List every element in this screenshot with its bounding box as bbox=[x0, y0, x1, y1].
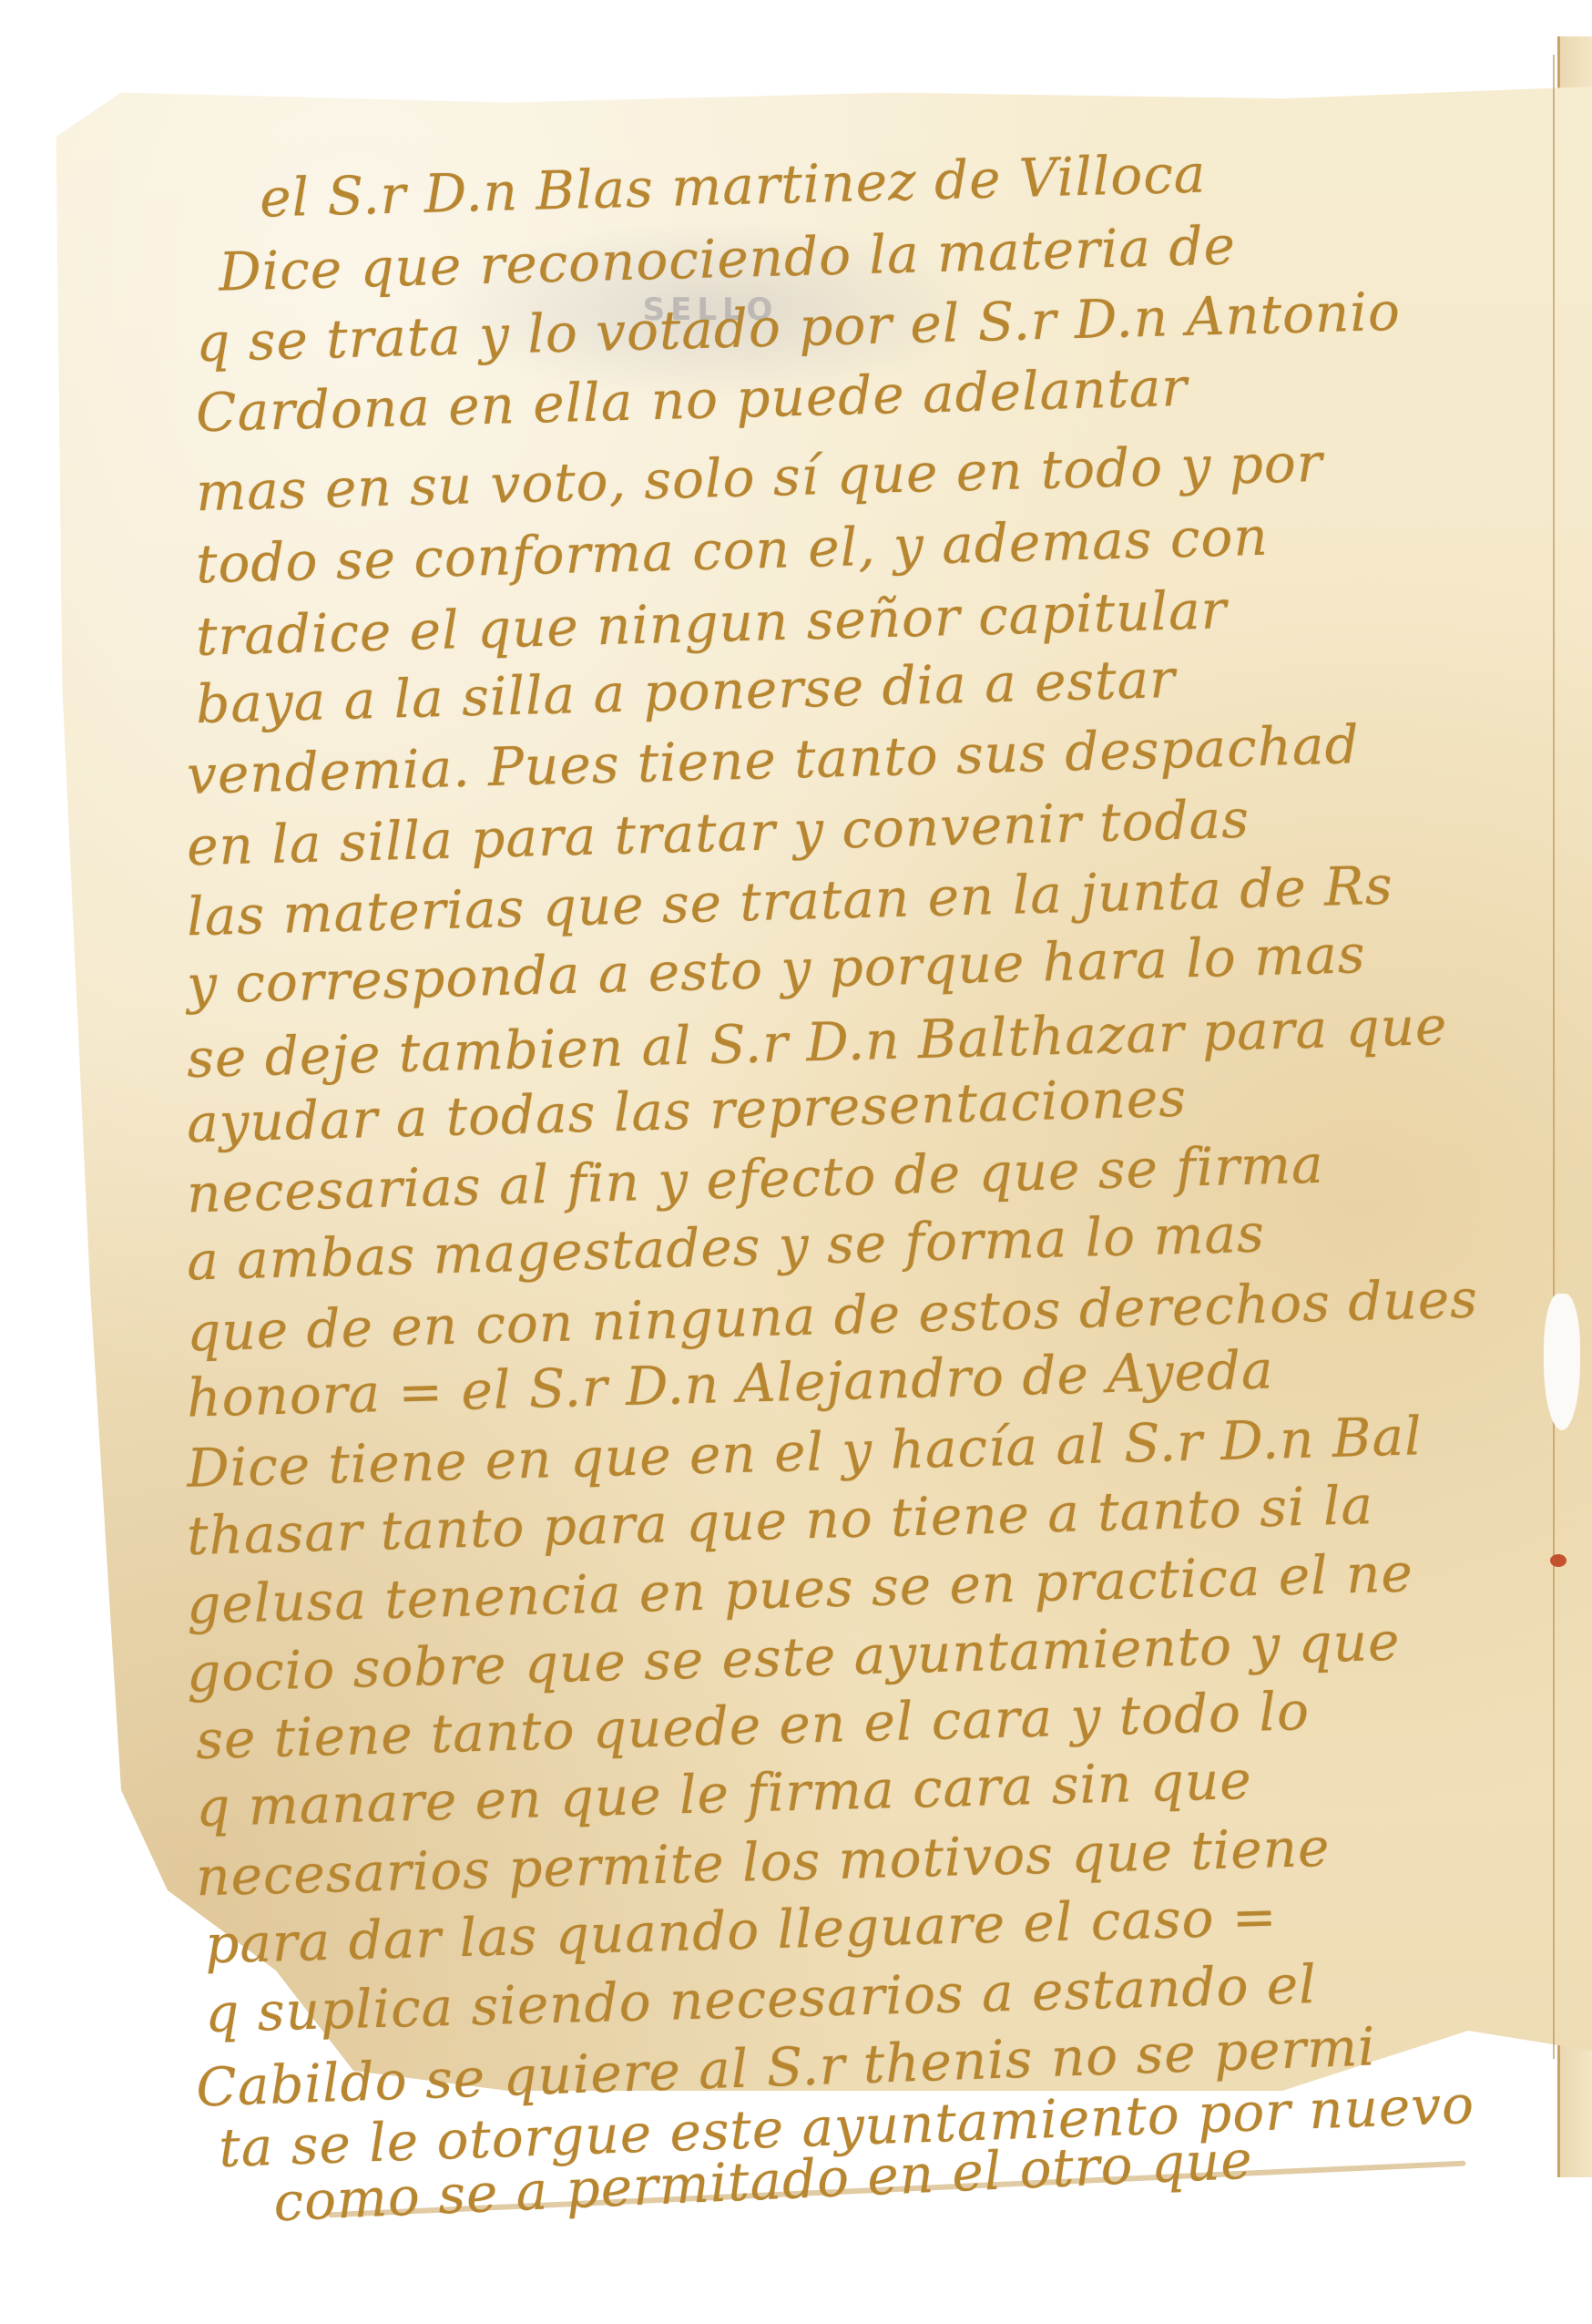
text-line: el S.r D.n Blas martinez de Villoca bbox=[259, 142, 1207, 229]
manuscript-text: el S.r D.n Blas martinez de Villoca Dice… bbox=[0, 0, 1592, 2324]
